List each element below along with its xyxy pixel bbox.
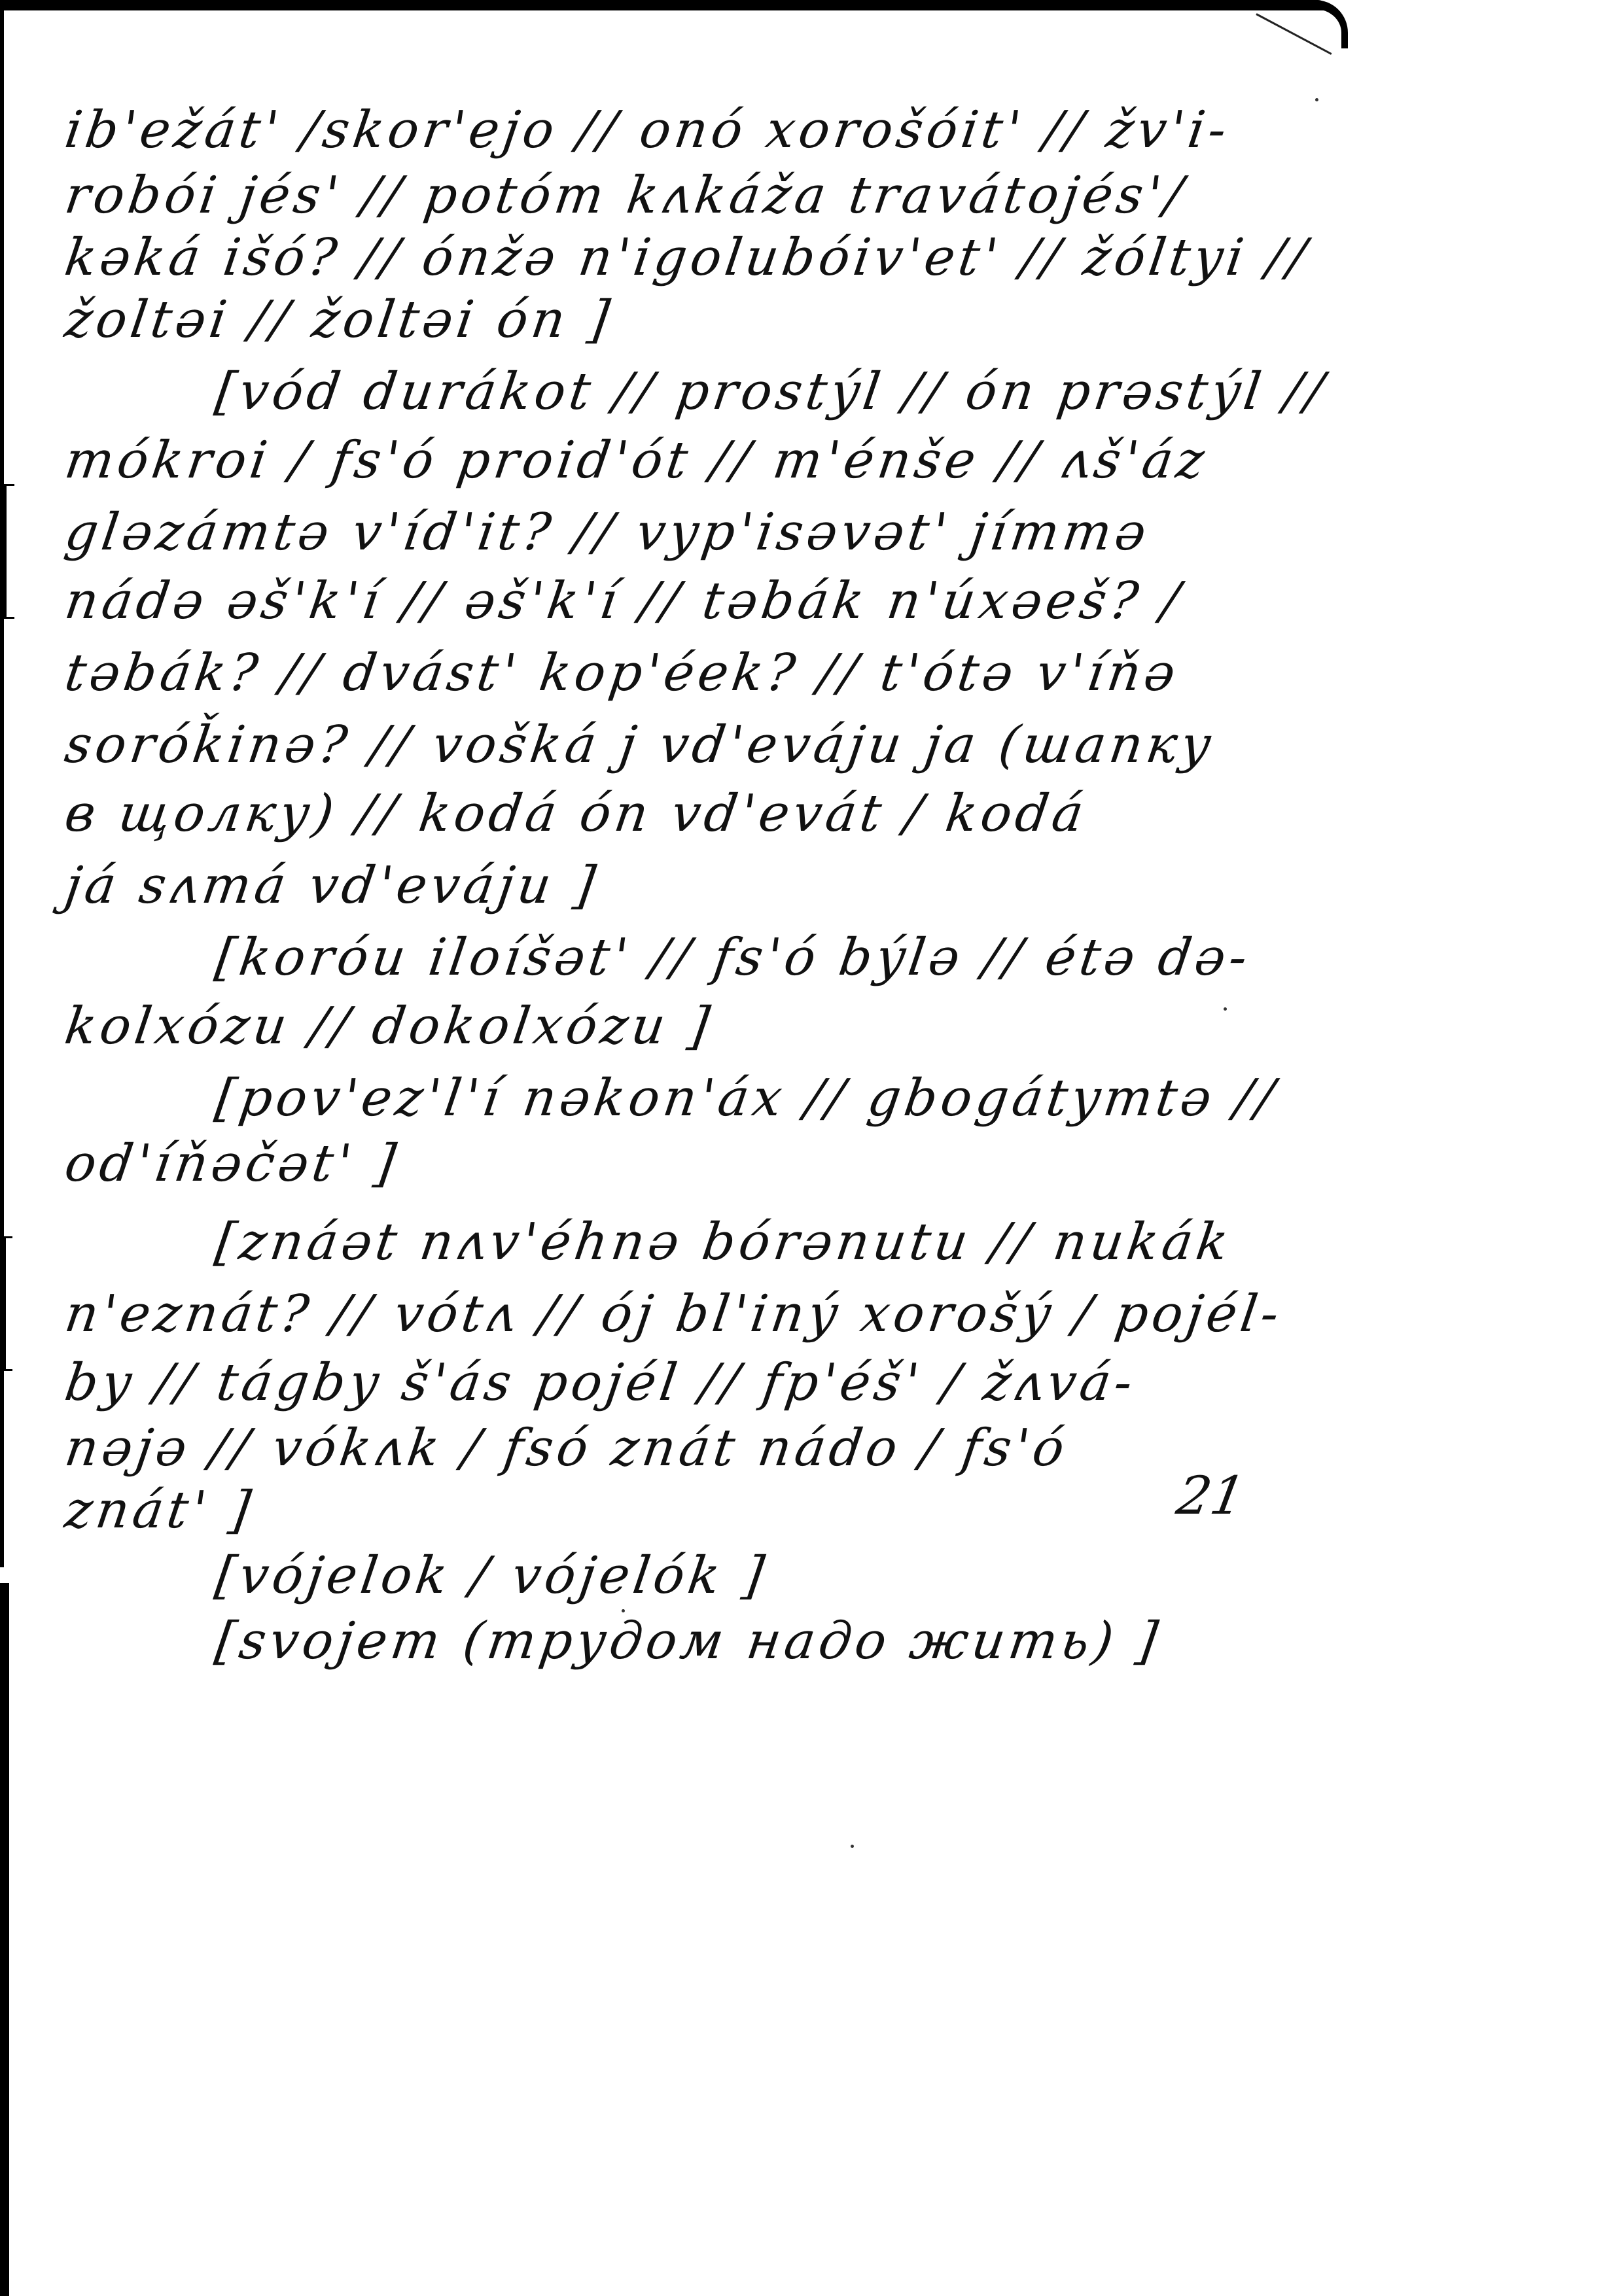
scan-speck (622, 1609, 625, 1612)
page-number: 21 (1173, 1465, 1250, 1526)
text-line: n'eznát? // vótʌ // ój bl'iný xorošý / p… (62, 1289, 1286, 1340)
text-line: [vójelok / vójelók ] (213, 1550, 771, 1601)
text-line: kolxózu // dokolxózu ] (62, 1001, 716, 1052)
text-line: nádə əš'k'í // əš'k'í // təbák n'úxəeš? … (62, 576, 1187, 627)
text-line: já sʌmá vd'eváju ] (62, 860, 603, 911)
text-line: soróǩinə? // vošká j vd'eváju ja (шапку (62, 720, 1218, 771)
margin-bracket (4, 1236, 12, 1371)
text-line: [znáət nʌv'éhnə bórənutu // nukák (213, 1217, 1235, 1268)
text-line: mókroi / fs'ó proid'ót // m'énše // ʌš'á… (62, 435, 1212, 486)
text-line: [koróu iloíšət' // fs'ó býlə // étə də- (213, 932, 1254, 983)
text-line: znát' ] (62, 1485, 258, 1536)
text-line: [svojem (трудом надо жить) ] (213, 1616, 1165, 1667)
text-line: [vód durákot // prostýl // ón prəstýl // (213, 366, 1331, 417)
text-line: ib'ežát' /skor'ejo // onó xorošóit' // ž… (62, 105, 1233, 156)
text-line: robói jés' // potóm kʌkáža travátojés'/ (62, 170, 1190, 221)
scan-speck (1224, 1007, 1227, 1011)
text-line: в щолку) // kodá ón vd'evát / kodá (62, 788, 1091, 839)
margin-bracket (4, 484, 14, 619)
text-line: [pov'ez'l'í nəkon'áx // gbogátymtə // (213, 1073, 1281, 1124)
scan-speck (851, 1845, 854, 1848)
text-line: nəjə // vókʌk / fsó znát nádo / fs'ó (62, 1423, 1072, 1474)
scan-top-border (0, 0, 1328, 10)
scan-speck (1315, 98, 1318, 101)
text-line: gləzámtə v'íd'it? // vyp'isəvət' jímmə (62, 507, 1154, 558)
text-line: təbák? // dvást' kop'éek? // t'ótə v'íňə (62, 648, 1182, 699)
text-line: od'íňəčət' ] (62, 1138, 402, 1189)
text-line: by // tágby š'ás pojél // fp'éš' / žʌvá- (62, 1357, 1140, 1408)
text-line: žoltəi // žoltəi ón ] (62, 294, 616, 345)
scan-left-edge-bottom (0, 1583, 9, 2296)
text-line: kəká išó? // ónžə n'igolubóiv'et' // žól… (62, 232, 1313, 283)
